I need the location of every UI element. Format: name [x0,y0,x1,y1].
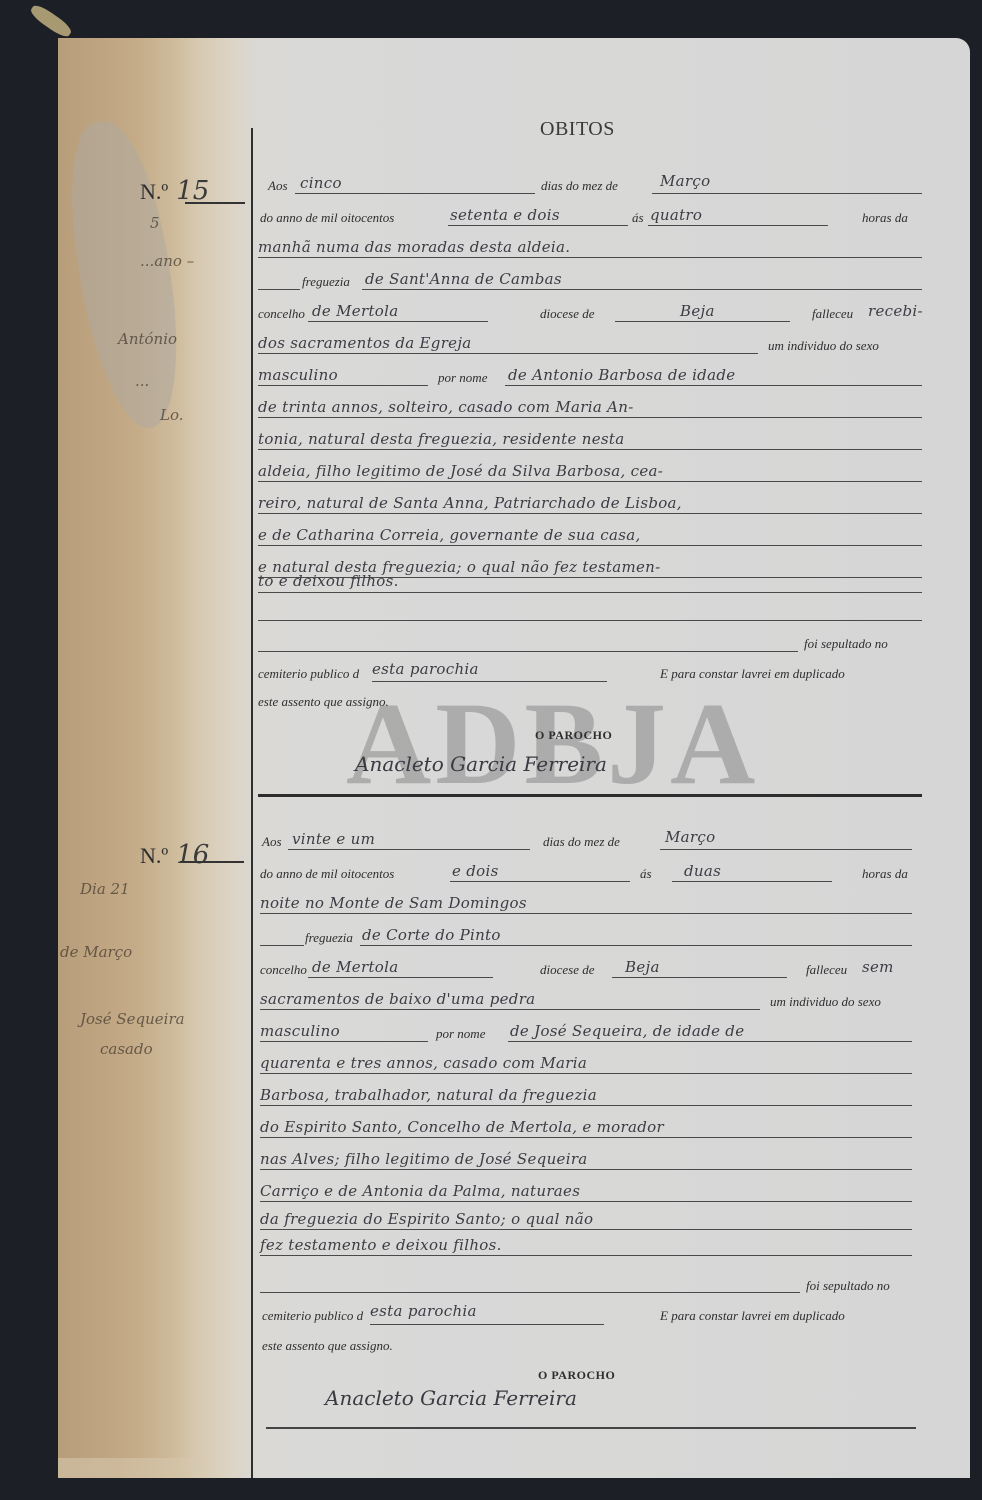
field-line [372,681,607,682]
day-value: vinte e um [292,830,375,848]
field-line [260,1073,912,1074]
label-duplicate: E para constar lavrei em duplicado [660,1308,845,1324]
parish-value: de Corte do Pinto [362,926,501,944]
field-line [260,945,304,946]
field-line [260,1137,912,1138]
label-hours: horas da [862,866,908,882]
field-line [260,1009,760,1010]
field-line [615,321,790,322]
record-text-line: nas Alves; filho legitimo de José Sequei… [260,1150,588,1168]
field-line [260,913,912,914]
field-line [258,545,922,546]
record-text-line: to e deixou filhos. [258,572,399,590]
field-line [258,651,798,652]
sacraments-value: sacramentos de baixo d'uma pedra [260,990,535,1008]
label-assento: este assento que assigno. [258,694,389,710]
field-line [260,1255,912,1256]
number-underline [180,861,244,863]
year-value: e dois [452,862,499,880]
field-line [448,225,628,226]
name-value: de José Sequeira, de idade de [510,1022,744,1040]
label-sex: um individuo do sexo [770,994,881,1010]
label-hours: horas da [862,210,908,226]
parish-value: de Sant'Anna de Cambas [365,270,562,288]
month-value: Março [665,828,715,846]
field-line [258,592,922,593]
label-assento: este assento que assigno. [262,1338,393,1354]
margin-note: António [118,330,177,348]
hour-value: duas [684,862,721,880]
sacraments-value: dos sacramentos da Egreja [258,334,472,352]
margin-note: casado [100,1040,153,1058]
municipality-value: de Mertola [312,958,398,976]
diocese-value: Beja [625,958,660,976]
died-value: recebi- [868,302,923,320]
cemetery-value: esta parochia [372,660,479,678]
field-line [260,1201,912,1202]
diocese-value: Beja [680,302,715,320]
label-hour: ás [640,866,652,882]
field-line [258,620,922,621]
record-text-line: quarenta e tres annos, casado com Maria [260,1054,587,1072]
record-text-line: de trinta annos, solteiro, casado com Ma… [258,398,634,416]
label-cemetery: cemiterio publico d [258,666,359,682]
hour-value: quatro [650,206,702,224]
label-aos: Aos [268,178,288,194]
field-line [612,977,787,978]
closing-rule [266,1427,916,1429]
sex-value: masculino [258,366,338,384]
label-diocese: diocese de [540,962,595,978]
record-text-line: da freguezia do Espirito Santo; o qual n… [260,1210,593,1228]
field-line [260,1229,912,1230]
margin-note: 5 [150,214,160,232]
place-of-death: noite no Monte de Sam Domingos [260,894,527,912]
page-title: OBITOS [540,118,615,141]
record-text-line: do Espirito Santo, Concelho de Mertola, … [260,1118,664,1136]
label-hour: ás [632,210,644,226]
record-text-line: reiro, natural de Santa Anna, Patriarcha… [258,494,682,512]
margin-note: Dia 21 [80,880,130,898]
label-parish: freguezia [305,930,353,946]
label-month: dias do mez de [541,178,618,194]
day-value: cinco [300,174,342,192]
label-parish-priest: O PAROCHO [535,728,612,743]
entry-separator [258,794,922,797]
label-name: por nome [438,370,487,386]
archive-watermark: ADBJA [346,676,759,812]
label-month: dias do mez de [543,834,620,850]
field-line [258,289,300,290]
label-buried: foi sepultado no [804,636,888,652]
label-name: por nome [436,1026,485,1042]
label-cemetery: cemiterio publico d [262,1308,363,1324]
label-died: falleceu [812,306,853,322]
label-sex: um individuo do sexo [768,338,879,354]
field-line [648,225,828,226]
field-line [362,289,922,290]
record-text-line: fez testamento e deixou filhos. [260,1236,502,1254]
field-line [288,849,530,850]
field-line [258,385,428,386]
field-line [508,1041,912,1042]
field-line [295,193,535,194]
label-diocese: diocese de [540,306,595,322]
label-parish: freguezia [302,274,350,290]
record-text-line: Barbosa, trabalhador, natural da freguez… [260,1086,597,1104]
number-underline [185,202,245,204]
margin-note: de Março [60,943,132,961]
record-text-line: Carriço e de Antonia da Palma, naturaes [260,1182,580,1200]
field-line [652,193,922,194]
field-line [258,353,758,354]
field-line [370,1324,604,1325]
label-buried: foi sepultado no [806,1278,890,1294]
field-line [260,1169,912,1170]
label-parish-priest: O PAROCHO [538,1368,615,1383]
margin-note: Lo. [160,406,184,424]
margin-rule [251,128,253,1478]
municipality-value: de Mertola [312,302,398,320]
field-line [260,1292,800,1293]
label-municipality: concelho [260,962,307,978]
field-line [505,385,922,386]
field-line [450,881,630,882]
torn-corner [28,2,74,40]
field-line [260,1041,428,1042]
field-line [360,945,912,946]
record-text-line: tonia, natural desta freguezia, resident… [258,430,624,448]
label-died: falleceu [806,962,847,978]
margin-note: ... [135,372,149,390]
place-of-death: manhã numa das moradas desta aldeia. [258,238,570,256]
priest-signature: Anacleto Garcia Ferreira [325,1386,577,1410]
cemetery-value: esta parochia [370,1302,477,1320]
label-aos: Aos [262,834,282,850]
sex-value: masculino [260,1022,340,1040]
field-line [672,881,832,882]
field-line [258,481,922,482]
field-line [308,977,493,978]
field-line [258,417,922,418]
field-line [258,513,922,514]
record-text-line: aldeia, filho legitimo de José da Silva … [258,462,663,480]
margin-note: José Sequeira [80,1010,185,1028]
label-year: do anno de mil oitocentos [260,210,394,226]
record-text-line: e de Catharina Correia, governante de su… [258,526,641,544]
field-line [308,321,488,322]
field-line [258,257,922,258]
margin-note: ...ano – [140,252,194,270]
year-value: setenta e dois [450,206,560,224]
label-municipality: concelho [258,306,305,322]
field-line [258,449,922,450]
field-line [660,849,912,850]
name-value: de Antonio Barbosa de idade [508,366,735,384]
died-value: sem [862,958,894,976]
label-duplicate: E para constar lavrei em duplicado [660,666,845,682]
label-year: do anno de mil oitocentos [260,866,394,882]
month-value: Março [660,172,710,190]
field-line [260,1105,912,1106]
entry-number: N.º16 [140,840,209,870]
priest-signature: Anacleto Garcia Ferreira [355,752,607,776]
